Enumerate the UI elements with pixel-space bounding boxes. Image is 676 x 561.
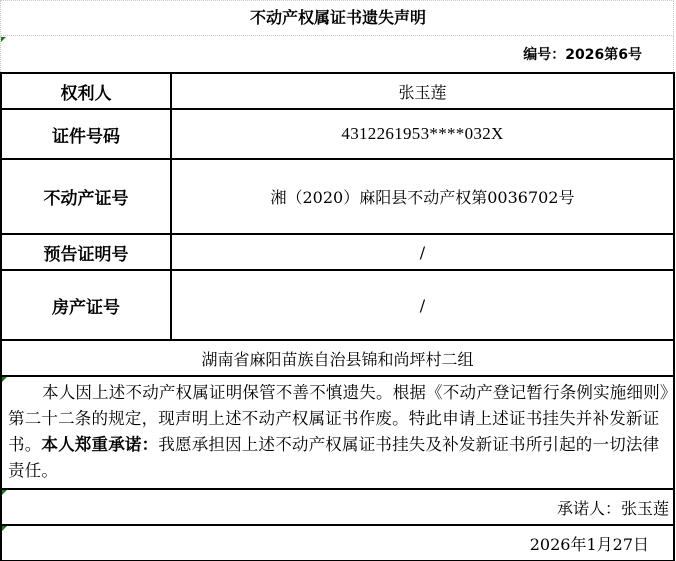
cell-comment-marker <box>2 377 7 382</box>
label-house-cert: 房产证号 <box>1 270 171 340</box>
table-row-house-cert: 房产证号 / <box>1 270 674 340</box>
table-row-statement: 本人因上述不动产权属证明保管不善不慎遗失。根据《不动产登记暂行条例实施细则》第二… <box>1 376 674 489</box>
table-row-signature: 承诺人：张玉莲 <box>1 489 674 525</box>
date-cell[interactable]: 2026年1月27日 <box>1 525 674 561</box>
table-row-owner: 权利人 张玉莲 <box>1 73 674 109</box>
cell-comment-marker <box>2 490 7 495</box>
table-row-id-number: 证件号码 4312261953****032X <box>1 109 674 159</box>
value-notice-cert[interactable]: / <box>171 234 674 270</box>
address-cell[interactable]: 湖南省麻阳苗族自治县锦和尚坪村二组 <box>1 340 674 376</box>
cell-comment-marker <box>1 37 6 42</box>
cell-comment-marker <box>2 526 7 531</box>
declaration-table: 权利人 张玉莲 证件号码 4312261953****032X 不动产证号 湘（… <box>0 72 675 561</box>
table-row-date: 2026年1月27日 <box>1 525 674 561</box>
value-id-number[interactable]: 4312261953****032X <box>171 109 674 159</box>
table-row-address: 湖南省麻阳苗族自治县锦和尚坪村二组 <box>1 340 674 376</box>
table-row-notice-cert: 预告证明号 / <box>1 234 674 270</box>
statement-cell[interactable]: 本人因上述不动产权属证明保管不善不慎遗失。根据《不动产登记暂行条例实施细则》第二… <box>1 376 674 489</box>
statement-bold-commitment: 本人郑重承诺： <box>41 435 158 454</box>
document-number: 编号：2026第6号 <box>523 44 642 66</box>
label-owner: 权利人 <box>1 73 171 109</box>
table-row-property-cert: 不动产证号 湘（2020）麻阳县不动产权第0036702号 <box>1 159 674 234</box>
signature-text: 承诺人：张玉莲 <box>557 499 669 518</box>
label-property-cert: 不动产证号 <box>1 159 171 234</box>
document-title: 不动产权属证书遗失声明 <box>0 4 676 32</box>
label-id-number: 证件号码 <box>1 109 171 159</box>
value-owner[interactable]: 张玉莲 <box>171 73 674 109</box>
value-house-cert[interactable]: / <box>171 270 674 340</box>
label-notice-cert: 预告证明号 <box>1 234 171 270</box>
date-text: 2026年1月27日 <box>530 535 649 554</box>
value-property-cert[interactable]: 湘（2020）麻阳县不动产权第0036702号 <box>171 159 674 234</box>
signature-cell[interactable]: 承诺人：张玉莲 <box>1 489 674 525</box>
